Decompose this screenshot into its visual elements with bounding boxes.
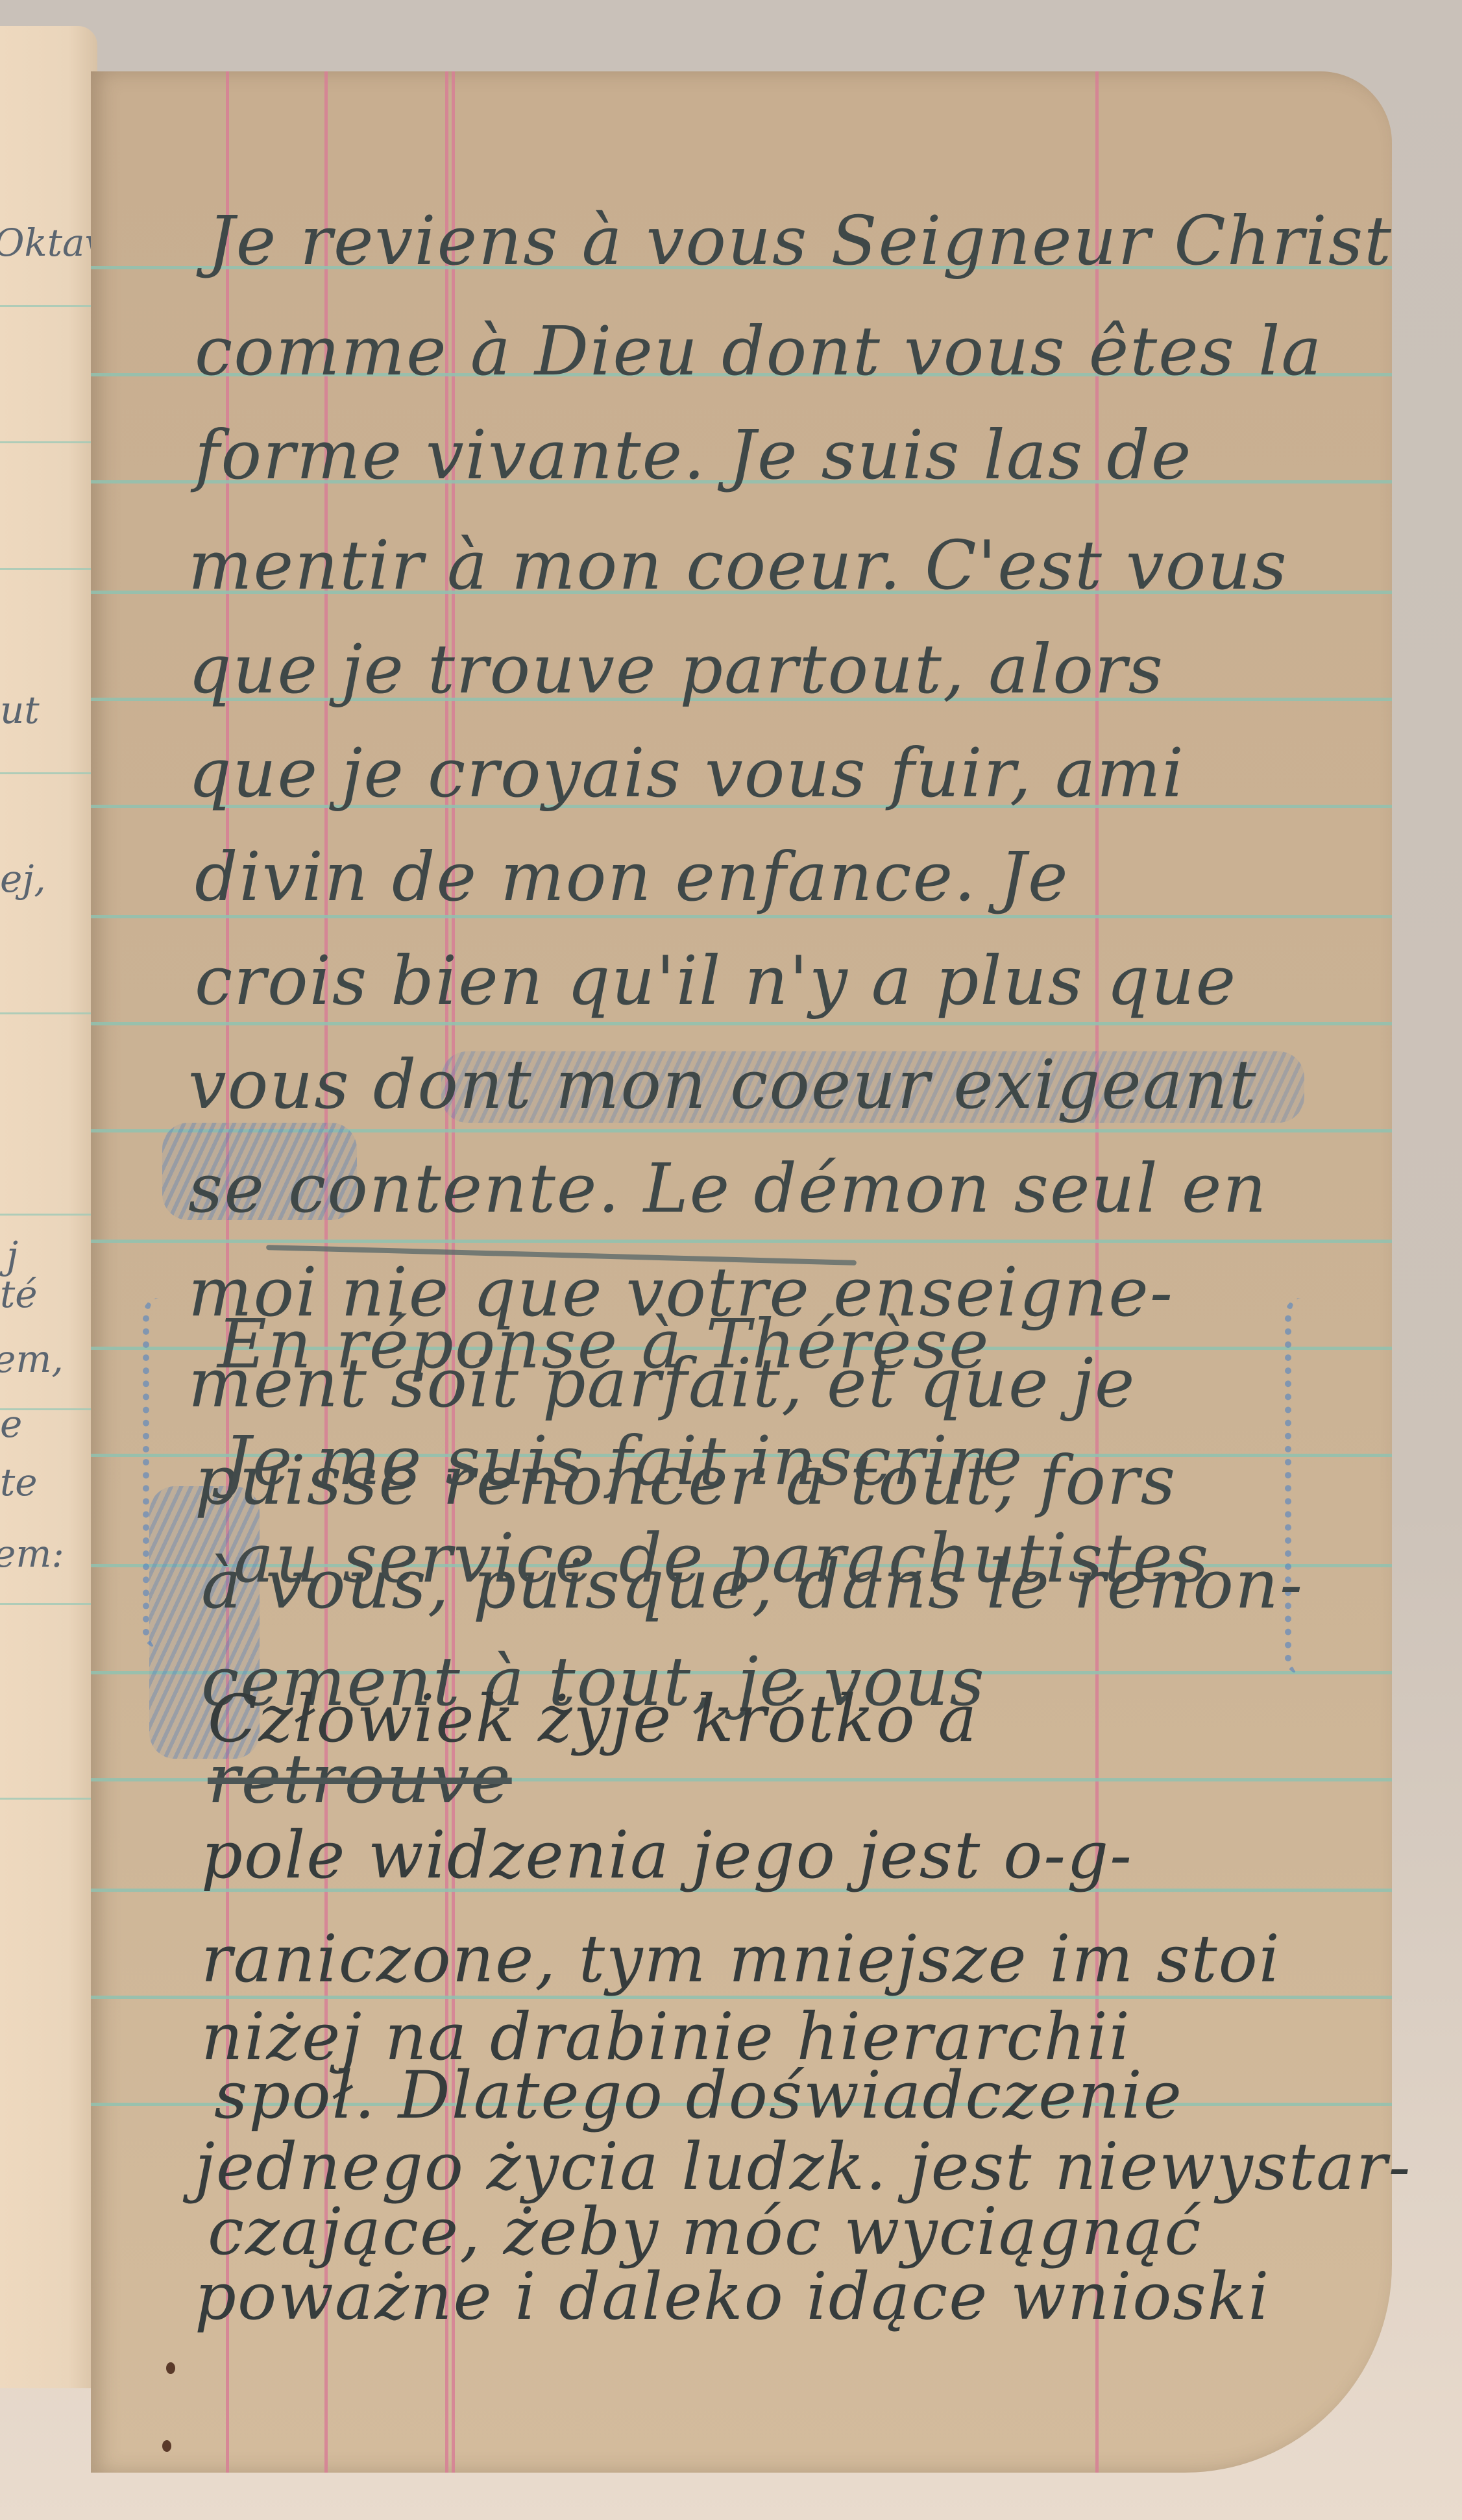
margin-fragment: ej, bbox=[0, 857, 46, 901]
handwritten-line: społ. Dlatego doświadczenie bbox=[214, 2057, 1183, 2133]
crayon-border-left bbox=[143, 1298, 175, 1648]
ruled-line bbox=[0, 1012, 97, 1014]
ruled-line bbox=[91, 1022, 1392, 1025]
ruled-line bbox=[0, 441, 97, 443]
margin-fragment: e bbox=[0, 1402, 22, 1446]
handwritten-line: divin de mon enfance. Je bbox=[195, 837, 1069, 916]
margin-fragment: te bbox=[0, 1460, 38, 1504]
handwritten-line: Je me suis fait inscrire bbox=[224, 1421, 1023, 1500]
margin-fragment: j bbox=[6, 1233, 18, 1277]
handwritten-line: pole widzenia jego jest o-g- bbox=[201, 1817, 1133, 1893]
handwritten-line: raniczone, tym mniejsze im stoi bbox=[201, 1921, 1281, 1997]
margin-fragment: em, bbox=[0, 1337, 64, 1381]
left-facing-page: Oktava: ut ej, j té em, e te em: bbox=[0, 26, 97, 2388]
handwritten-line: se contente. Le démon seul en bbox=[188, 1149, 1267, 1228]
handwritten-line: En réponse à Thérèse bbox=[217, 1304, 990, 1384]
margin-fragment: té bbox=[0, 1272, 38, 1316]
handwritten-line: forme vivante. Je suis las de bbox=[195, 415, 1192, 495]
ruled-line bbox=[0, 772, 97, 774]
handwritten-line: Je reviens à vous Seigneur Christ, bbox=[208, 201, 1392, 280]
ruled-line bbox=[0, 1798, 97, 1800]
ink-spot bbox=[166, 2362, 175, 2374]
handwritten-line: que je trouve partout, alors bbox=[188, 630, 1164, 709]
handwritten-line: crois bien qu'il n'y a plus que bbox=[195, 941, 1237, 1020]
ink-spot bbox=[162, 2440, 171, 2452]
ruled-line bbox=[91, 1240, 1392, 1243]
handwritten-line: comme à Dieu dont vous êtes la bbox=[195, 312, 1322, 391]
ruled-line bbox=[0, 568, 97, 570]
ruled-line bbox=[0, 1214, 97, 1216]
handwritten-line: mentir à mon coeur. C'est vous bbox=[188, 526, 1288, 605]
handwritten-line: vous dont mon coeur exigeant bbox=[188, 1045, 1258, 1124]
handwritten-line: au service de parachutistes bbox=[234, 1519, 1210, 1598]
handwritten-line: Człowiek żyje krótko a bbox=[208, 1681, 978, 1757]
margin-fragment: em: bbox=[0, 1532, 64, 1576]
ruled-line bbox=[0, 305, 97, 307]
margin-fragment: ut bbox=[0, 688, 40, 732]
handwritten-line: poważne i daleko idące wnioski bbox=[195, 2258, 1270, 2334]
handwritten-line: que je croyais vous fuir, ami bbox=[188, 733, 1185, 813]
ruled-line bbox=[0, 1603, 97, 1605]
